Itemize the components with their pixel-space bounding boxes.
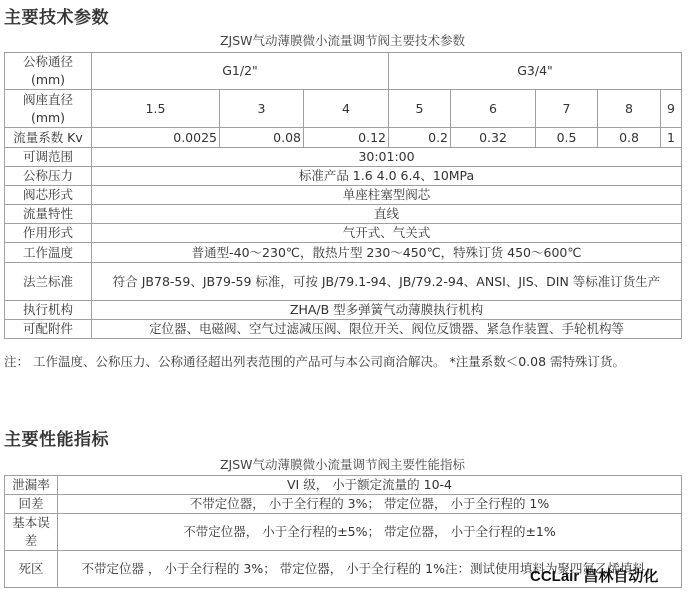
value-temperature: 普通型-40～230℃，散热片型 230～450℃，特殊订货 450～600℃	[92, 243, 682, 263]
label-actuator: 执行机构	[5, 301, 92, 320]
row-leakage: 泄漏率 VI 级， 小于额定流量的 10-4	[5, 476, 682, 495]
kv-value: 0.8	[598, 128, 661, 148]
kv-value: 0.2	[389, 128, 451, 148]
label-flange: 法兰标准	[5, 263, 92, 301]
footnote: 注： 工作温度、公称压力、公称通径超出列表范围的产品可与本公司商洽解决。 *注量…	[4, 352, 686, 372]
label-accessories: 可配附件	[5, 320, 92, 339]
seat-value: 1.5	[92, 90, 220, 128]
kv-value: 0.12	[304, 128, 389, 148]
label-seat-diameter: 阀座直径(mm)	[5, 90, 92, 128]
label-temperature: 工作温度	[5, 243, 92, 263]
row-range: 可调范围 30:01:00	[5, 148, 682, 167]
seat-value: 4	[304, 90, 389, 128]
label-characteristic: 流量特性	[5, 205, 92, 224]
value-plug: 单座柱塞型阀芯	[92, 186, 682, 205]
value-range: 30:01:00	[92, 148, 682, 167]
row-actuator: 执行机构 ZHA/B 型多弹簧气动薄膜执行机构	[5, 301, 682, 320]
row-action: 作用形式 气开式、气关式	[5, 224, 682, 243]
table-caption-tech-params: ZJSW气动薄膜微小流量调节阀主要技术参数	[4, 31, 681, 49]
kv-value: 0.0025	[92, 128, 220, 148]
label-leakage: 泄漏率	[5, 476, 58, 495]
row-kv: 流量系数 Kv 0.0025 0.08 0.12 0.2 0.32 0.5 0.…	[5, 128, 682, 148]
seat-value: 8	[598, 90, 661, 128]
kv-value: 1	[661, 128, 682, 148]
seat-value: 9	[661, 90, 682, 128]
kv-value: 0.5	[536, 128, 598, 148]
value-flange: 符合 JB78-59、JB79-59 标准，可按 JB/79.1-94、JB/7…	[92, 263, 682, 301]
row-characteristic: 流量特性 直线	[5, 205, 682, 224]
table-caption-performance: ZJSW气动薄膜微小流量调节阀主要性能指标	[4, 455, 681, 473]
row-plug: 阀芯形式 单座柱塞型阀芯	[5, 186, 682, 205]
row-pressure: 公称压力 标准产品 1.6 4.0 6.4、10MPa	[5, 167, 682, 186]
value-characteristic: 直线	[92, 205, 682, 224]
row-temperature: 工作温度 普通型-40～230℃，散热片型 230～450℃，特殊订货 450～…	[5, 243, 682, 263]
row-basic-error: 基本误差 不带定位器， 小于全行程的±5%； 带定位器， 小于全行程的±1%	[5, 514, 682, 551]
kv-value: 0.08	[220, 128, 304, 148]
label-plug: 阀芯形式	[5, 186, 92, 205]
value-actuator: ZHA/B 型多弹簧气动薄膜执行机构	[92, 301, 682, 320]
value-basic-error: 不带定位器， 小于全行程的±5%； 带定位器， 小于全行程的±1%	[58, 514, 682, 551]
cell-g34: G3/4"	[389, 53, 682, 90]
value-hysteresis: 不带定位器， 小于全行程的 3%； 带定位器， 小于全行程的 1%	[58, 495, 682, 514]
tech-params-table: 公称通径(mm) G1/2" G3/4" 阀座直径(mm) 1.5 3 4 5 …	[4, 52, 682, 339]
kv-value: 0.32	[451, 128, 536, 148]
value-pressure: 标准产品 1.6 4.0 6.4、10MPa	[92, 167, 682, 186]
cell-g12: G1/2"	[92, 53, 389, 90]
seat-value: 3	[220, 90, 304, 128]
label-pressure: 公称压力	[5, 167, 92, 186]
label-range: 可调范围	[5, 148, 92, 167]
row-nominal-diameter: 公称通径(mm) G1/2" G3/4"	[5, 53, 682, 90]
row-seat-diameter: 阀座直径(mm) 1.5 3 4 5 6 7 8 9	[5, 90, 682, 128]
label-nominal-diameter: 公称通径(mm)	[5, 53, 92, 90]
row-accessories: 可配附件 定位器、电磁阀、空气过滤减压阀、限位开关、阀位反馈器、紧急作装置、手轮…	[5, 320, 682, 339]
value-action: 气开式、气关式	[92, 224, 682, 243]
seat-value: 7	[536, 90, 598, 128]
label-dead-band: 死区	[5, 551, 58, 588]
label-basic-error: 基本误差	[5, 514, 58, 551]
value-accessories: 定位器、电磁阀、空气过滤减压阀、限位开关、阀位反馈器、紧急作装置、手轮机构等	[92, 320, 682, 339]
label-action: 作用形式	[5, 224, 92, 243]
value-leakage: VI 级， 小于额定流量的 10-4	[58, 476, 682, 495]
watermark-logo: CCLair 昌林自动化	[530, 565, 658, 586]
label-kv: 流量系数 Kv	[5, 128, 92, 148]
section-heading-performance: 主要性能指标	[4, 425, 109, 450]
row-flange: 法兰标准 符合 JB78-59、JB79-59 标准，可按 JB/79.1-94…	[5, 263, 682, 301]
label-hysteresis: 回差	[5, 495, 58, 514]
row-hysteresis: 回差 不带定位器， 小于全行程的 3%； 带定位器， 小于全行程的 1%	[5, 495, 682, 514]
seat-value: 6	[451, 90, 536, 128]
section-heading-tech-params: 主要技术参数	[4, 3, 109, 28]
seat-value: 5	[389, 90, 451, 128]
